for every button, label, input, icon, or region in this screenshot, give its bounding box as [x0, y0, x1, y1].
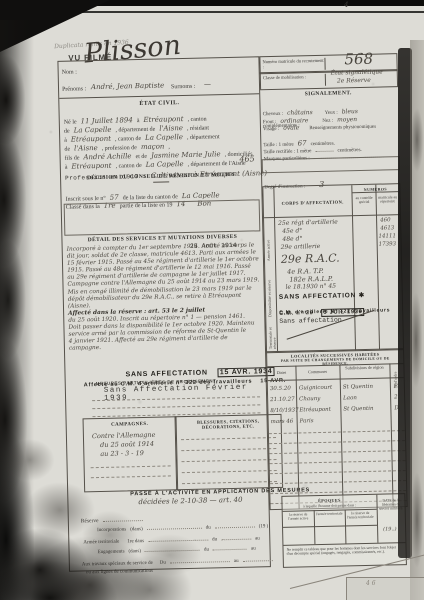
classe-label: Classe de mobilisation :	[263, 74, 326, 87]
prenoms-value: André, Jean Baptiste	[91, 81, 164, 91]
fiche-matricule-form: Duplicata remis en 1936 VU FILMÉ Plisson…	[50, 34, 412, 577]
numeros-sub2: matricule au répertoire	[378, 195, 398, 203]
classe-hand1: État signalétique	[331, 68, 383, 76]
ruled-line	[181, 447, 276, 451]
table-vline	[375, 185, 380, 350]
ruled-line	[270, 459, 406, 464]
etat-civil-title: ÉTAT CIVIL.	[59, 98, 259, 109]
row-label: Du	[160, 561, 166, 566]
localite-date: mars 46	[271, 419, 294, 426]
localite-subdiv: St Quentin	[343, 406, 373, 413]
col-subdiv: Subdivisions de région	[339, 365, 389, 371]
page-edge-right	[410, 40, 424, 600]
table-hline	[268, 377, 404, 381]
blessures-title2: DÉCORATIONS, ETC.	[176, 423, 281, 430]
ruled-line	[269, 449, 405, 454]
ruled-line	[270, 479, 406, 484]
ruled-line	[270, 469, 406, 474]
localite-subdiv: Laon	[343, 395, 357, 401]
side-label-territoriale: Territoriale et réserve	[268, 321, 277, 349]
row-label: au	[255, 536, 260, 541]
small-empty-box	[262, 156, 400, 173]
matricule-value: 568	[344, 50, 373, 69]
right-column: Numéro matricule du recrutement : 568 Cl…	[259, 53, 407, 568]
ruled-line	[269, 439, 405, 444]
rens-label: Renseignements physionomiques	[309, 125, 376, 132]
surnoms-value: —	[204, 80, 211, 88]
affectation-entry: le 18.1930 n° 45	[286, 283, 337, 291]
matricule-label: Numéro matricule du recrutement :	[262, 58, 325, 71]
classe-hand2: 2e Réserve	[337, 77, 371, 85]
side-label-disponibilite: Disponibilité et réserve	[267, 267, 272, 317]
epoques-col1: la réserve de l'armée active	[284, 512, 313, 521]
services-text: Incorporé à compter du 1er septembre 191…	[67, 242, 261, 353]
divider	[153, 181, 169, 182]
ruled-line	[182, 469, 277, 473]
numeros-header: NUMÉROS	[352, 186, 398, 193]
localite-date: 30.5.20	[270, 386, 291, 392]
affectation-entry: 25e régt d'artillerie	[278, 219, 338, 227]
affectation-num: 4613	[380, 225, 394, 231]
row-label: ou aux lignes de communications	[86, 569, 153, 576]
epoques-date-cell: (19..)	[383, 526, 397, 532]
periodes-row5: ou aux lignes de communications	[86, 559, 153, 579]
affectation-num: 17393	[379, 241, 397, 247]
localite-commune: Paris	[300, 418, 314, 424]
table-vline	[351, 185, 356, 350]
epoques-col2: l'armée territoriale	[315, 511, 344, 516]
localites-table: LOCALITÉS SUCCESSIVES HABITÉES PAR SUITE…	[266, 348, 408, 510]
corner-mark: 4	[344, 1, 348, 9]
campagnes-title: CAMPAGNES.	[84, 421, 176, 428]
binding-band-left	[0, 20, 34, 600]
under-page-corner	[346, 577, 424, 600]
ruled-line	[91, 474, 171, 478]
affectation-entry: 29e artillerie	[281, 243, 321, 251]
side-label-armee-active: Armée active	[266, 221, 271, 261]
localite-date: 8/10/1937	[270, 407, 298, 414]
numeros-sub1: au contrôle spécial	[354, 196, 375, 204]
campagnes-line: au 23 - 3 - 19	[100, 448, 176, 458]
localite-commune: Guignicourt	[299, 385, 332, 392]
row-label: (19 )	[259, 524, 269, 529]
localite-subdiv: St Quentin	[343, 384, 373, 391]
localite-commune: Chauny	[299, 396, 320, 402]
ruled-line	[269, 429, 405, 434]
epoques-box: ÉPOQUES à laquelle l'homme doit passer d…	[281, 493, 407, 568]
classe-mobilisation-box: Classe de mobilisation : État signalétiq…	[260, 69, 398, 90]
affectation-entry: 45e d°	[282, 227, 302, 234]
ruled-line	[91, 464, 171, 468]
prenoms-label: Prénoms :	[62, 86, 86, 93]
table-hline	[283, 525, 377, 528]
ruled-line	[182, 480, 277, 484]
ruled-line	[181, 458, 276, 462]
nom-label: Nom :	[62, 69, 77, 75]
affectation-entry-large: 29e R.A.C.	[281, 252, 340, 266]
affectation-entry: 48e d°	[282, 235, 302, 242]
corps-header: CORPS D'AFFECTATION.	[276, 199, 350, 206]
row-label: au	[234, 559, 239, 564]
affectation-num: 14111	[378, 233, 396, 239]
scanned-military-record-page: { "scan": { "top_note": "Duplicata remis…	[0, 0, 424, 600]
surnoms-label: Surnoms :	[171, 84, 196, 91]
col-dates: Dates	[267, 370, 295, 376]
affectation-num: 460	[380, 217, 391, 223]
col-communes: Communes	[295, 369, 339, 375]
service-line: 4 janvier 1921. Affecté au 29e régiment …	[69, 335, 261, 354]
empty-decision-box	[64, 199, 261, 235]
localite-commune: Etréaupont	[299, 407, 331, 414]
ec-label: , département	[187, 134, 220, 141]
rens-label2: complémentaires :	[263, 123, 300, 129]
pencil-mark: 4 6	[366, 580, 376, 587]
epoques-col3: la réserve de l'armée territoriale	[346, 511, 375, 520]
epoques-footnote: Ne remplir ce tableau que pour les homme…	[287, 545, 403, 556]
campagnes-box: CAMPAGNES. Contre l'Allemagne du 25 août…	[83, 416, 179, 492]
signalement-title: SIGNALEMENT.	[260, 89, 396, 98]
localite-date: 21.10.27	[270, 397, 295, 404]
epoques-subtitle: à laquelle l'homme doit passer dans :	[283, 503, 377, 509]
ruled-line	[181, 436, 276, 440]
affectation-table: CORPS D'AFFECTATION. NUMÉROS au contrôle…	[262, 183, 404, 353]
name-box: Nom : Prénoms : André, Jean Baptiste Sur…	[58, 57, 259, 99]
ruled-line	[92, 403, 260, 409]
